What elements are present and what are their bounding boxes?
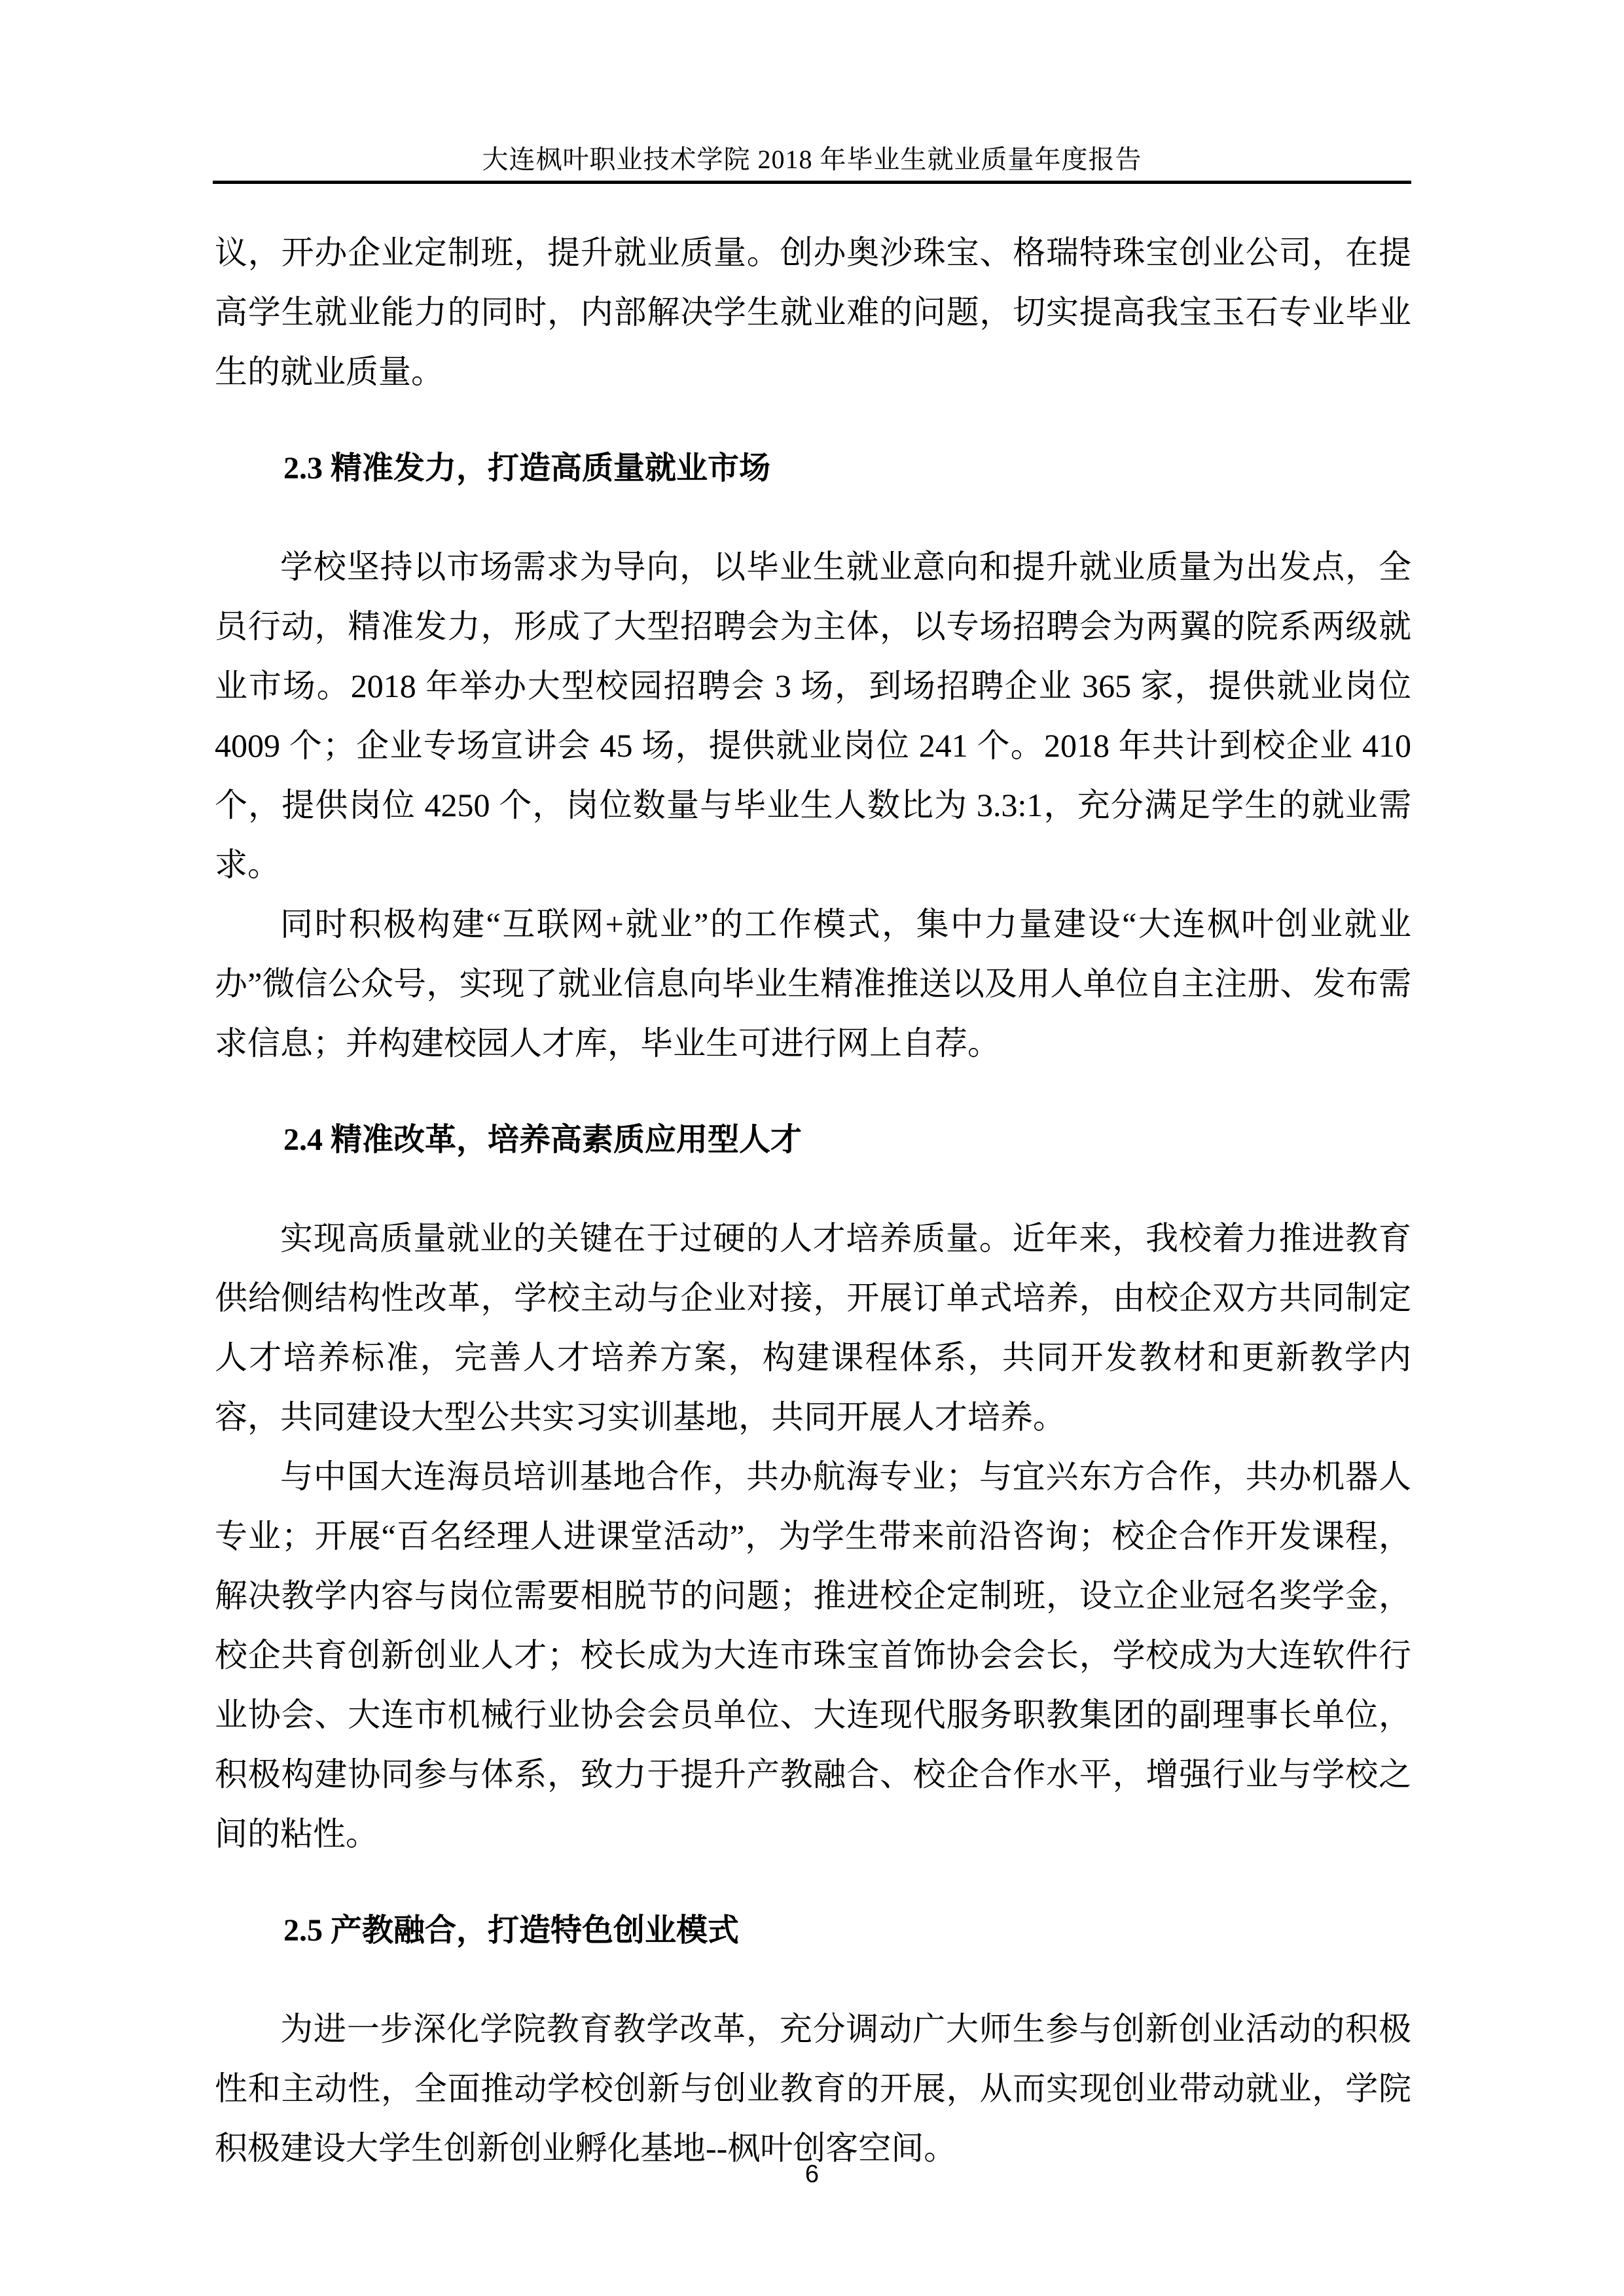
section-heading-2-4: 2.4 精准改革，培养高素质应用型人才 [215,1110,1411,1170]
document-body: 议，开办企业定制班，提升就业质量。创办奥沙珠宝、格瑞特珠宝创业公司，在提高学生就… [215,223,1411,2178]
section-heading-2-5: 2.5 产教融合，打造特色创业模式 [215,1901,1411,1960]
body-paragraph: 学校坚持以市场需求为导向，以毕业生就业意向和提升就业质量为出发点，全员行动，精准… [215,537,1411,895]
body-paragraph-continuation: 议，开办企业定制班，提升就业质量。创办奥沙珠宝、格瑞特珠宝创业公司，在提高学生就… [215,223,1411,402]
body-paragraph: 为进一步深化学院教育教学改革，充分调动广大师生参与创新创业活动的积极性和主动性，… [215,2000,1411,2178]
body-paragraph: 与中国大连海员培训基地合作，共办航海专业；与宜兴东方合作，共办机器人专业；开展“… [215,1447,1411,1864]
document-page: 大连枫叶职业技术学院 2018 年毕业生就业质量年度报告 议，开办企业定制班，提… [0,0,1624,2296]
section-heading-2-3: 2.3 精准发力，打造高质量就业市场 [215,439,1411,498]
page-number: 6 [0,2161,1624,2187]
page-header-title: 大连枫叶职业技术学院 2018 年毕业生就业质量年度报告 [0,143,1624,177]
header-rule [213,181,1411,184]
body-paragraph: 同时积极构建“互联网+就业”的工作模式，集中力量建设“大连枫叶创业就业办”微信公… [215,895,1411,1073]
body-paragraph: 实现高质量就业的关键在于过硬的人才培养质量。近年来，我校着力推进教育供给侧结构性… [215,1209,1411,1447]
